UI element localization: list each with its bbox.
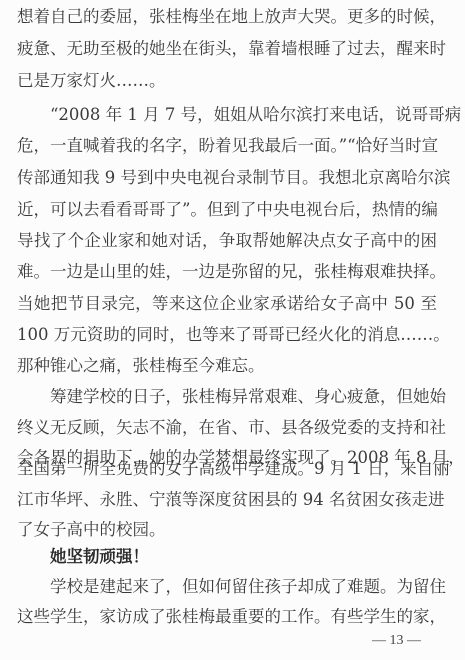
- body-text-line: 近，可以去看看哥哥了”。但到了中央电视台后，热情的编: [17, 198, 437, 222]
- body-text-line: 100 万元资助的同时，也等来了哥哥已经火化的消息……。: [17, 323, 437, 347]
- body-text-line: 终义无反顾，矢志不渝，在省、市、县各级党委的支持和社: [17, 416, 437, 440]
- body-text-line: 这些学生，家访成了张桂梅最重要的工作。有些学生的家，: [17, 605, 437, 629]
- paragraph-start-line: 学校是建起来了，但如何留住孩子却成了难题。为留住: [50, 575, 437, 599]
- body-text-line: 传部通知我 9 号到中央电视台录制节目。我想北京离哈尔滨: [17, 166, 437, 190]
- body-text-line: 危，一直喊着我的名字，盼着见我最后一面。”“恰好当时宣: [17, 134, 437, 158]
- body-text-line: 想着自己的委屈，张桂梅坐在地上放声大哭。更多的时候，: [17, 5, 437, 29]
- document-page: 想着自己的委屈，张桂梅坐在地上放声大哭。更多的时候， 疲惫、无助至极的她坐在街头…: [0, 0, 465, 660]
- body-text-line: 江市华坪、永胜、宁蒗等深度贫困县的 94 名贫困女孩走进: [17, 488, 437, 512]
- body-text-line: 全国第一所全免费的女子高级中学建成。9 月 1 日，来自丽: [17, 457, 437, 481]
- section-heading: 她坚韧顽强！: [50, 545, 149, 569]
- body-text-line: 难。一边是山里的娃，一边是弥留的兄，张桂梅艰难抉择。: [17, 260, 437, 284]
- body-text-line: 了女子高中的校园。: [17, 518, 437, 542]
- page-number: — 13 —: [372, 633, 421, 649]
- body-text-line: 疲惫、无助至极的她坐在街头，靠着墙根睡了过去，醒来时: [17, 37, 437, 61]
- body-text-line: 当她把节目录完，等来这位企业家承诺给女子高中 50 至: [17, 292, 437, 316]
- body-text-line: 已是万家灯火……。: [17, 69, 437, 93]
- body-text-line: 导找了个企业家和她对话，争取帮她解决点女子高中的困: [17, 229, 437, 253]
- body-text-line: 那种锥心之痛，张桂梅至今难忘。: [17, 354, 437, 378]
- paragraph-start-line: 筹建学校的日子，张桂梅异常艰难、身心疲惫，但她始: [50, 385, 437, 409]
- paragraph-start-line: “2008 年 1 月 7 号，姐姐从哈尔滨打来电话，说哥哥病: [50, 103, 437, 127]
